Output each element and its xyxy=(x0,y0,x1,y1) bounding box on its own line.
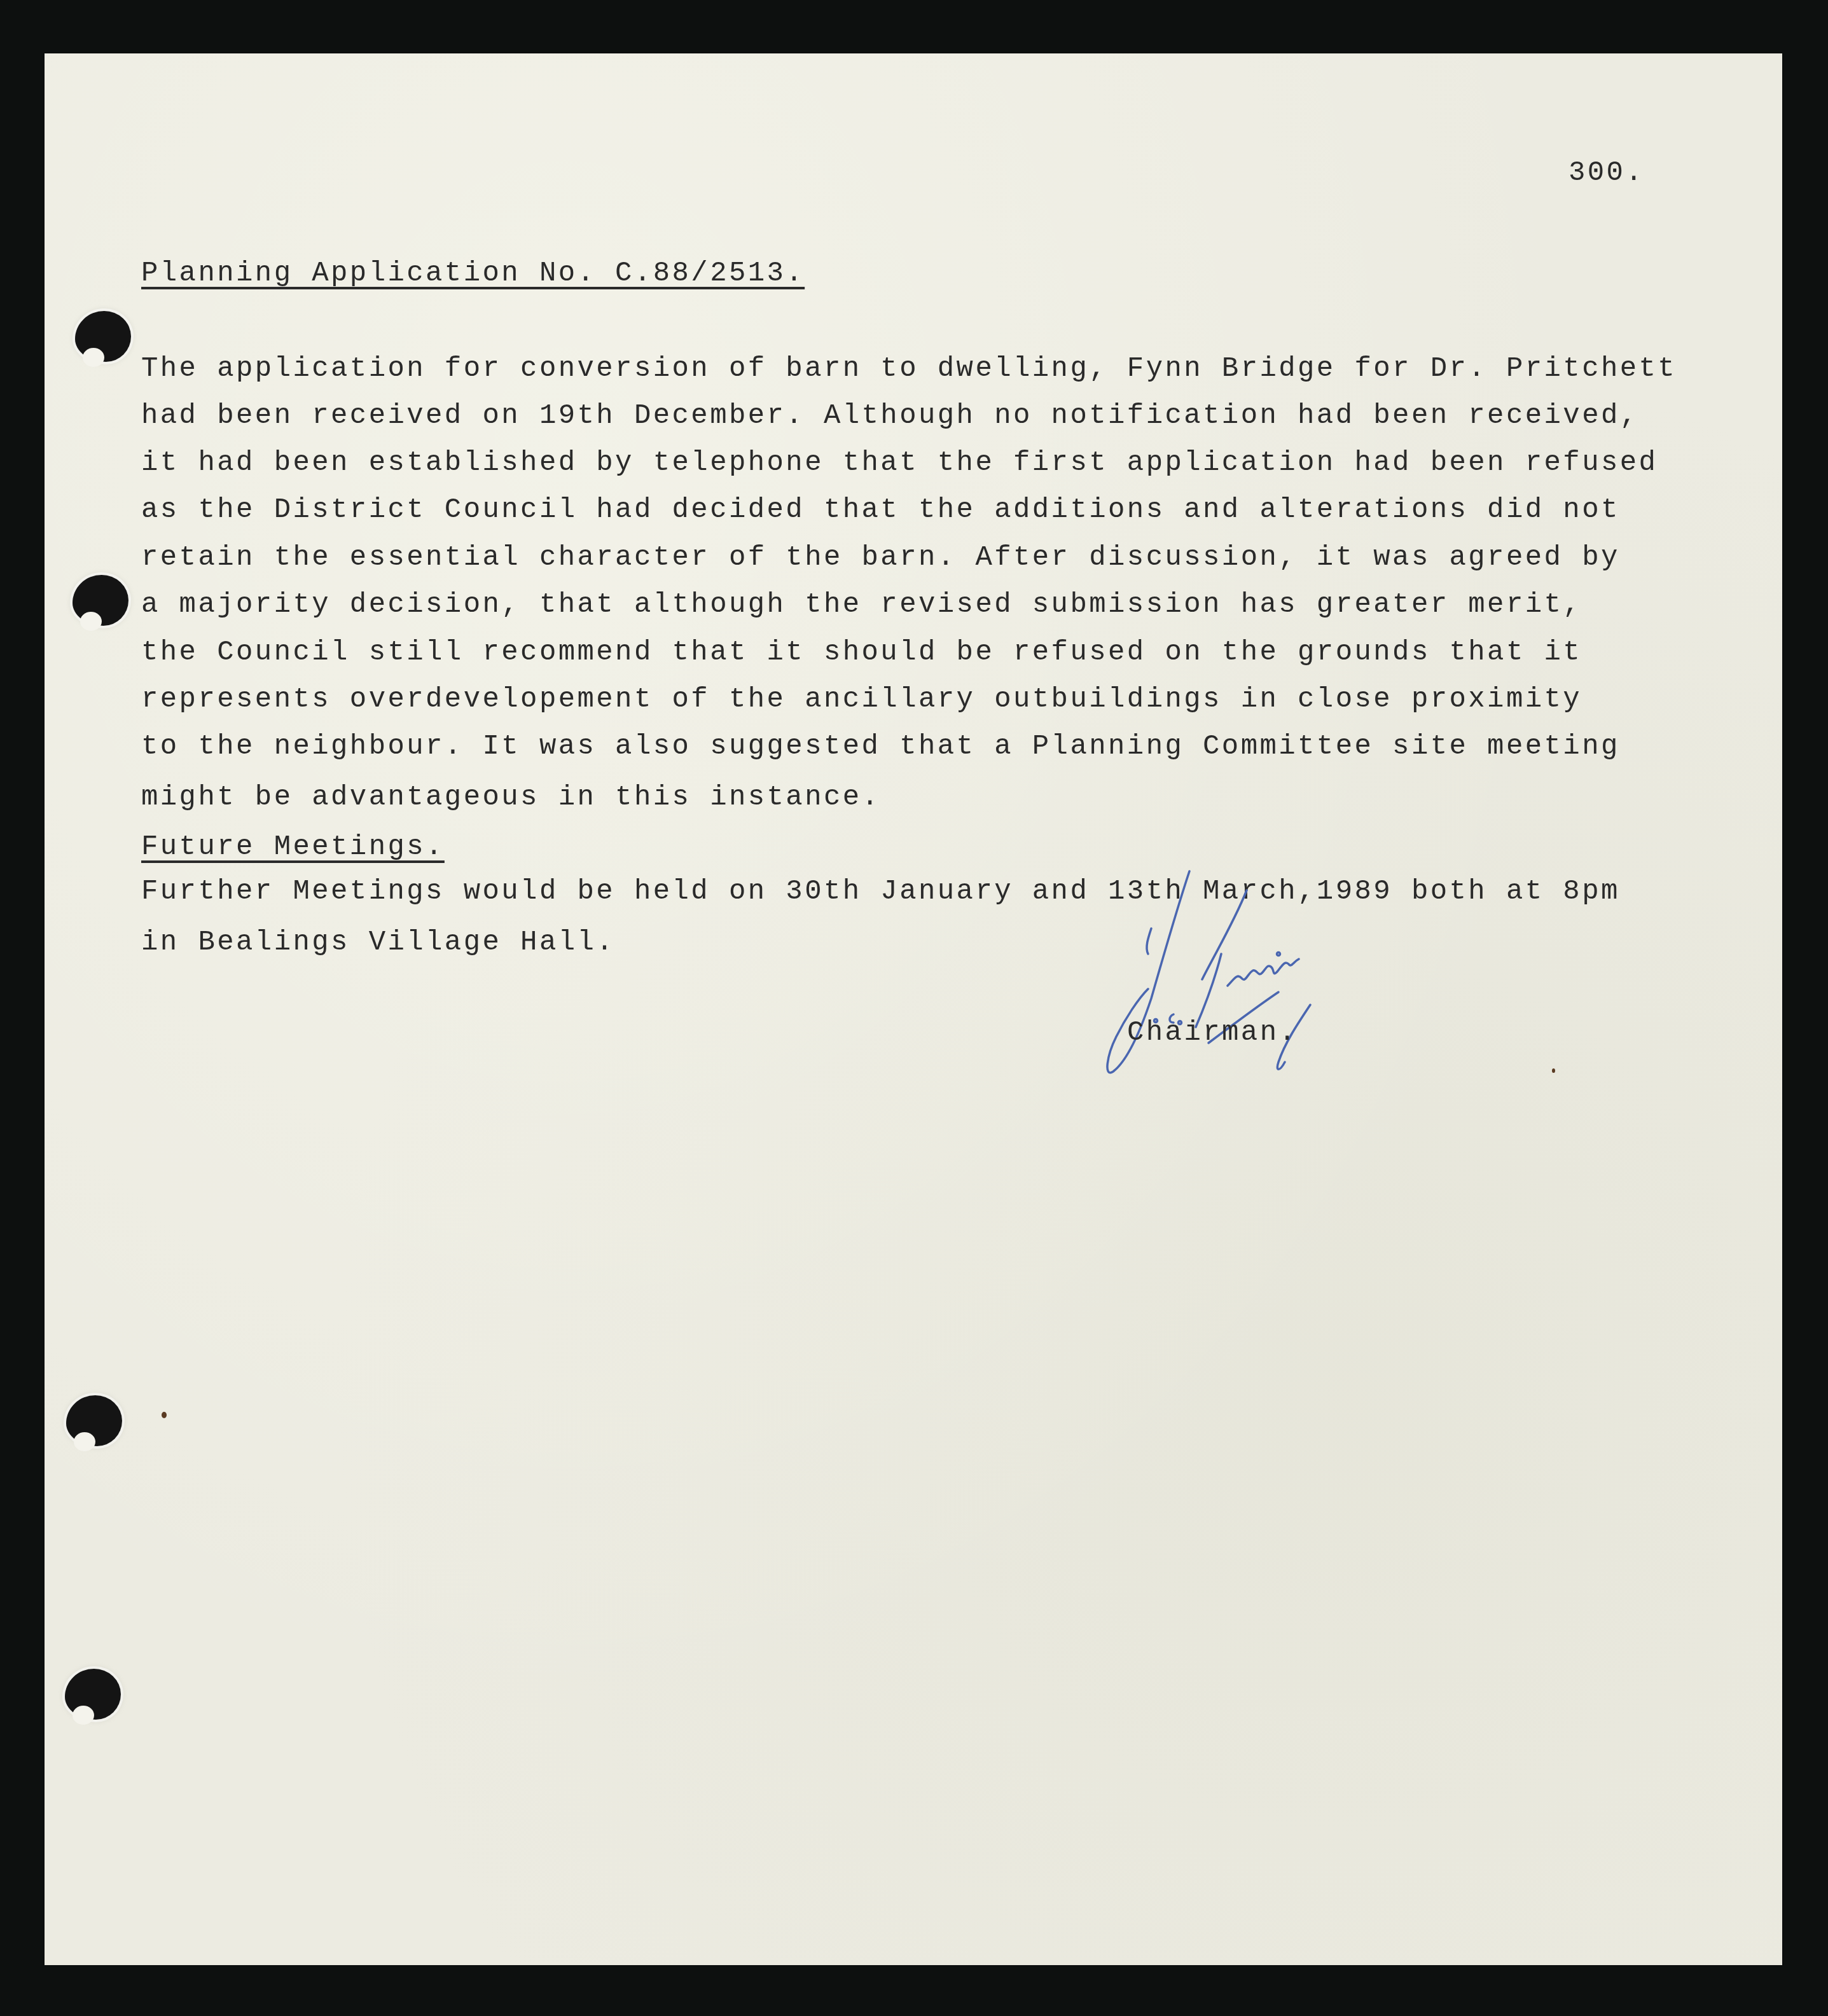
document-page xyxy=(45,53,1782,1965)
body-line: a majority decision, that although the r… xyxy=(141,591,1582,619)
body-line: to the neighbour. It was also suggested … xyxy=(141,733,1620,761)
signature-title: Chairman. xyxy=(1127,1019,1298,1047)
body-line: had been received on 19th December. Alth… xyxy=(141,402,1639,430)
body-line: The application for conversion of barn t… xyxy=(141,355,1677,383)
punch-hole-4 xyxy=(65,1669,121,1720)
punch-hole-3 xyxy=(66,1395,122,1446)
page-number: 300. xyxy=(1568,159,1644,187)
body-line: in Bealings Village Hall. xyxy=(141,929,615,956)
ink-speck xyxy=(162,1412,167,1418)
body-line: it had been established by telephone tha… xyxy=(141,449,1658,477)
section-heading-future-meetings: Future Meetings. xyxy=(141,833,445,861)
section-heading-planning-application: Planning Application No. C.88/2513. xyxy=(141,259,805,287)
handwritten-signature xyxy=(1043,852,1488,1094)
body-line: the Council still recommend that it shou… xyxy=(141,639,1582,666)
body-line: as the District Council had decided that… xyxy=(141,496,1620,524)
body-line: might be advantageous in this instance. xyxy=(141,784,880,811)
ink-speck xyxy=(1552,1068,1555,1073)
punch-hole-1 xyxy=(75,311,131,362)
punch-hole-2 xyxy=(73,575,128,626)
body-line: retain the essential character of the ba… xyxy=(141,544,1620,572)
body-line: represents overdevelopement of the ancil… xyxy=(141,686,1582,714)
